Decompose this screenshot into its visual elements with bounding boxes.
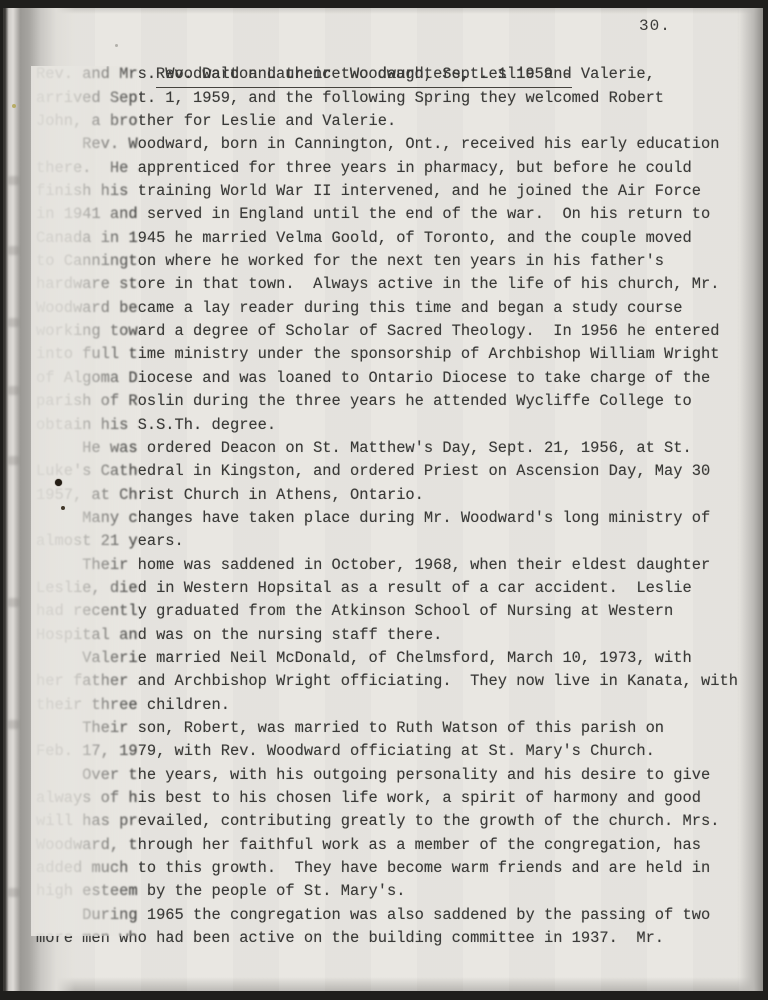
text-line: finish his training World War II interve… [36,180,751,203]
text-line: more men who had been active on the buil… [36,927,751,950]
text-line: Rev. and Mrs. Woodward and their two dau… [36,63,751,86]
text-line: Woodward, through her faithful work as a… [36,834,751,857]
paragraph: Many changes have taken place during Mr.… [36,507,751,554]
text-line: high esteem by the people of St. Mary's. [36,880,751,903]
scanned-page-frame: 30. Rev. Dalton Laurence Woodward, Sept.… [0,0,768,1000]
text-line: her father and Archbishop Wright officia… [36,670,751,693]
text-line: Their home was saddened in October, 1968… [36,554,751,577]
text-line: Over the years, with his outgoing person… [36,764,751,787]
text-line: to Cannington where he worked for the ne… [36,250,751,273]
text-line: Woodward became a lay reader during this… [36,297,751,320]
text-line: into full time ministry under the sponso… [36,343,751,366]
bleedthrough-mark [8,456,19,465]
text-line: He was ordered Deacon on St. Matthew's D… [36,437,751,460]
text-line: hardware store in that town. Always acti… [36,273,751,296]
bleedthrough-mark [8,720,19,729]
paragraph: Their son, Robert, was married to Ruth W… [36,717,751,764]
bleedthrough-mark [8,888,19,897]
ink-speck [55,479,62,486]
paragraph: Over the years, with his outgoing person… [36,764,751,904]
bleedthrough-mark [8,386,19,395]
text-line: had recently graduated from the Atkinson… [36,600,751,623]
paragraph: Valerie married Neil McDonald, of Chelms… [36,647,751,717]
text-line: 1957, at Christ Church in Athens, Ontari… [36,484,751,507]
text-line: Many changes have taken place during Mr.… [36,507,751,530]
paragraph: Rev. Woodward, born in Cannington, Ont.,… [36,133,751,436]
text-line: During 1965 the congregation was also sa… [36,904,751,927]
paragraph: He was ordered Deacon on St. Matthew's D… [36,437,751,507]
bleedthrough-mark [8,598,19,607]
text-line: their three children. [36,694,751,717]
ink-speck [12,104,16,108]
text-line: almost 21 years. [36,530,751,553]
paragraph: Rev. and Mrs. Woodward and their two dau… [36,63,751,133]
text-line: Their son, Robert, was married to Ruth W… [36,717,751,740]
text-line: arrived Sept. 1, 1959, and the following… [36,87,751,110]
text-line: Valerie married Neil McDonald, of Chelms… [36,647,751,670]
text-line: of Algoma Diocese and was loaned to Onta… [36,367,751,390]
paragraph: During 1965 the congregation was also sa… [36,904,751,951]
text-line: added much to this growth. They have bec… [36,857,751,880]
bleedthrough-mark [8,246,19,255]
page-number: 30. [639,17,671,35]
text-line: working toward a degree of Scholar of Sa… [36,320,751,343]
text-line: Rev. Woodward, born in Cannington, Ont.,… [36,133,751,156]
text-line: Feb. 17, 1979, with Rev. Woodward offici… [36,740,751,763]
ink-speck [61,506,65,510]
text-line: obtain his S.S.Th. degree. [36,414,751,437]
section-heading: Rev. Dalton Laurence Woodward, Sept. 1 1… [36,40,751,63]
text-line: Luke's Cathedral in Kingston, and ordere… [36,460,751,483]
ink-speck [115,44,118,47]
text-line: Hospital and was on the nursing staff th… [36,624,751,647]
page-body: Rev. Dalton Laurence Woodward, Sept. 1 1… [36,40,751,950]
bleedthrough-mark [8,176,19,185]
text-line: Leslie, died in Western Hopsital as a re… [36,577,751,600]
text-line: there. He apprenticed for three years in… [36,157,751,180]
text-line: will has prevailed, contributing greatly… [36,810,751,833]
document-page: 30. Rev. Dalton Laurence Woodward, Sept.… [3,8,763,991]
text-line: always of his best to his chosen life wo… [36,787,751,810]
text-line: in 1941 and served in England until the … [36,203,751,226]
text-line: John, a brother for Leslie and Valerie. [36,110,751,133]
text-line: Canada in 1945 he married Velma Goold, o… [36,227,751,250]
bleedthrough-mark [8,318,19,327]
text-line: parish of Roslin during the three years … [36,390,751,413]
paragraph: Their home was saddened in October, 1968… [36,554,751,647]
